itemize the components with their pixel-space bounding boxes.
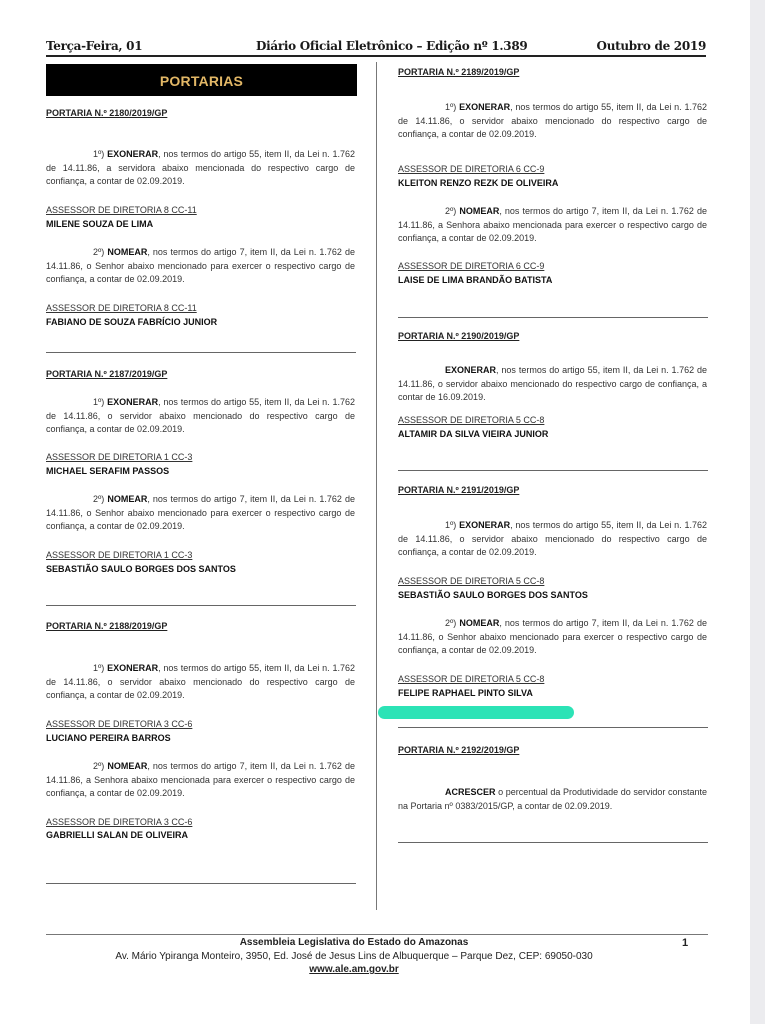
document-page: Terça-Feira, 01 Diário Oficial Eletrônic… [0,0,750,1024]
person-name: KLEITON RENZO REZK DE OLIVEIRA [398,177,558,191]
person-name: GABRIELLI SALAN DE OLIVEIRA [46,829,188,843]
portaria-paragraph: EXONERAR, nos termos do artigo 55, item … [398,364,707,405]
portaria-paragraph: ACRESCER o percentual da Produtividade d… [398,786,707,813]
portaria-paragraph: 1º) EXONERAR, nos termos do artigo 55, i… [46,148,355,189]
person-name: SEBASTIÃO SAULO BORGES DOS SANTOS [398,589,588,603]
separator [398,470,708,471]
person-name: LAISE DE LIMA BRANDÃO BATISTA [398,274,552,288]
person-name: MICHAEL SERAFIM PASSOS [46,465,169,479]
separator [398,842,708,843]
person-name: FABIANO DE SOUZA FABRÍCIO JUNIOR [46,316,217,330]
section-title: PORTARIAS [46,64,357,96]
header-month: Outubro de 2019 [597,39,706,53]
footer-website-link[interactable]: www.ale.am.gov.br [46,964,662,975]
separator [46,883,356,884]
role-label: ASSESSOR DE DIRETORIA 6 CC-9 [398,163,544,177]
page-number: 1 [682,937,688,949]
header-title: Diário Oficial Eletrônico – Edição nº 1.… [256,39,527,53]
portaria-title: PORTARIA N.º 2189/2019/GP [398,66,519,80]
portaria-title: PORTARIA N.º 2188/2019/GP [46,620,167,634]
footer-address: Av. Mário Ypiranga Monteiro, 3950, Ed. J… [46,951,662,962]
separator [398,317,708,318]
portaria-paragraph: 1º) EXONERAR, nos termos do artigo 55, i… [398,519,707,560]
role-label: ASSESSOR DE DIRETORIA 3 CC-6 [46,718,192,732]
role-label: ASSESSOR DE DIRETORIA 1 CC-3 [46,549,192,563]
column-divider [376,62,377,910]
portaria-paragraph: 1º) EXONERAR, nos termos do artigo 55, i… [398,101,707,142]
person-name: ALTAMIR DA SILVA VIEIRA JUNIOR [398,428,548,442]
separator [46,605,356,606]
person-name: LUCIANO PEREIRA BARROS [46,732,171,746]
person-name: MILENE SOUZA DE LIMA [46,218,153,232]
portaria-paragraph: 2º) NOMEAR, nos termos do artigo 7, item… [46,760,355,801]
page-header: Terça-Feira, 01 Diário Oficial Eletrônic… [46,38,706,57]
header-date: Terça-Feira, 01 [46,39,142,53]
footer-org: Assembleia Legislativa do Estado do Amaz… [46,937,662,948]
footer-separator [46,934,708,935]
portaria-title: PORTARIA N.º 2192/2019/GP [398,744,519,758]
portaria-paragraph: 2º) NOMEAR, nos termos do artigo 7, item… [46,246,355,287]
role-label: ASSESSOR DE DIRETORIA 8 CC-11 [46,302,197,316]
role-label: ASSESSOR DE DIRETORIA 5 CC-8 [398,673,544,687]
role-label: ASSESSOR DE DIRETORIA 5 CC-8 [398,414,544,428]
separator [398,727,708,728]
portaria-title: PORTARIA N.º 2190/2019/GP [398,330,519,344]
person-name: SEBASTIÃO SAULO BORGES DOS SANTOS [46,563,236,577]
portaria-title: PORTARIA N.º 2187/2019/GP [46,368,167,382]
highlighter-mark [378,706,574,719]
portaria-paragraph: 1º) EXONERAR, nos termos do artigo 55, i… [46,396,355,437]
role-label: ASSESSOR DE DIRETORIA 8 CC-11 [46,204,197,218]
portaria-title: PORTARIA N.º 2191/2019/GP [398,484,519,498]
role-label: ASSESSOR DE DIRETORIA 5 CC-8 [398,575,544,589]
separator [46,352,356,353]
role-label: ASSESSOR DE DIRETORIA 3 CC-6 [46,816,192,830]
portaria-paragraph: 1º) EXONERAR, nos termos do artigo 55, i… [46,662,355,703]
portaria-paragraph: 2º) NOMEAR, nos termos do artigo 7, item… [398,617,707,658]
viewer-edge [750,0,765,1024]
role-label: ASSESSOR DE DIRETORIA 1 CC-3 [46,451,192,465]
role-label: ASSESSOR DE DIRETORIA 6 CC-9 [398,260,544,274]
portaria-title: PORTARIA N.º 2180/2019/GP [46,107,167,121]
portaria-paragraph: 2º) NOMEAR, nos termos do artigo 7, item… [398,205,707,246]
person-name: FELIPE RAPHAEL PINTO SILVA [398,687,533,701]
portaria-paragraph: 2º) NOMEAR, nos termos do artigo 7, item… [46,493,355,534]
